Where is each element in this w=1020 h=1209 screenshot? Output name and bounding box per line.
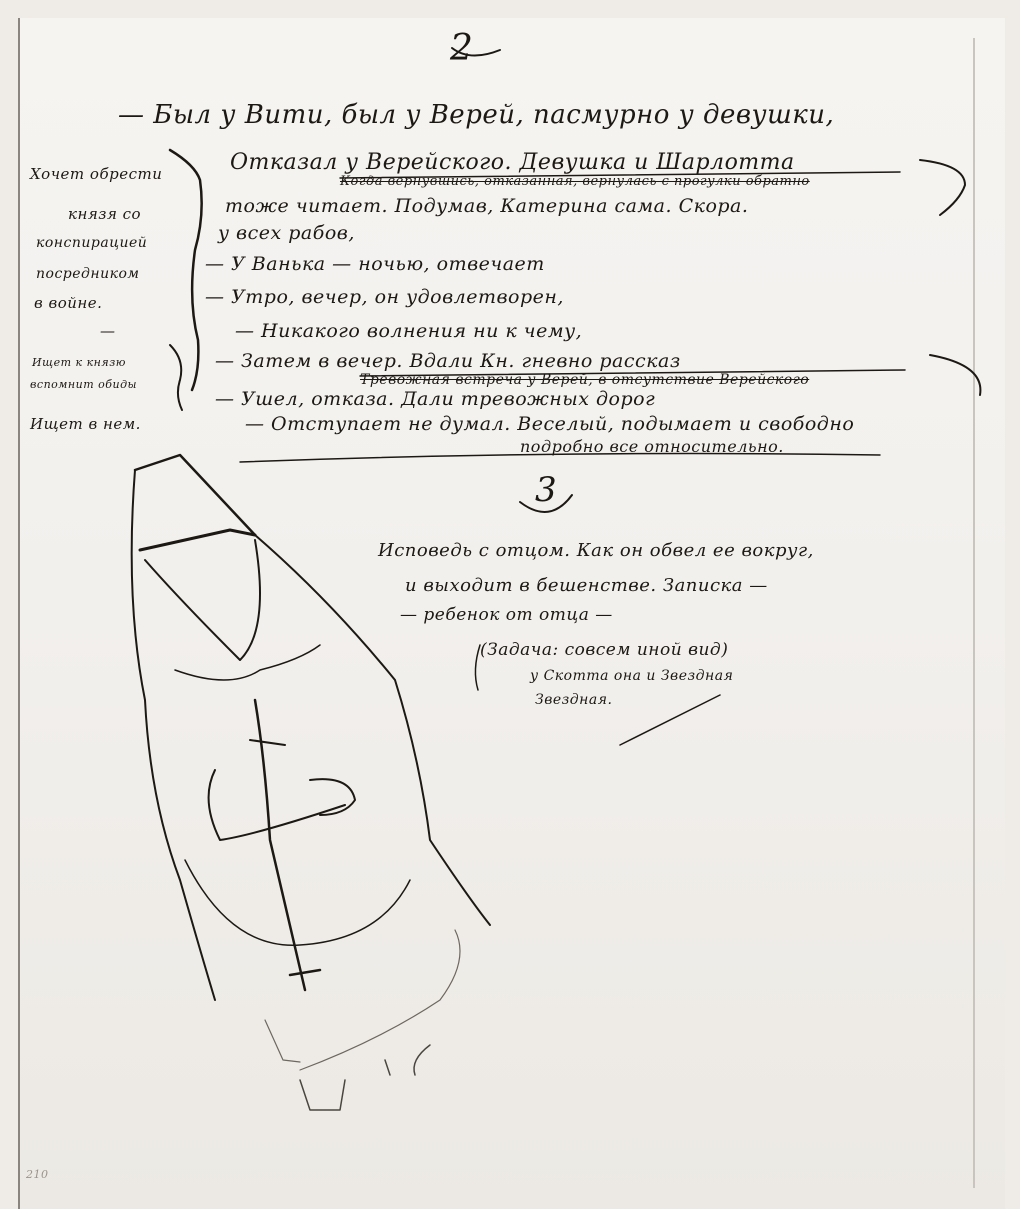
- ink-drawings: [0, 0, 1020, 1209]
